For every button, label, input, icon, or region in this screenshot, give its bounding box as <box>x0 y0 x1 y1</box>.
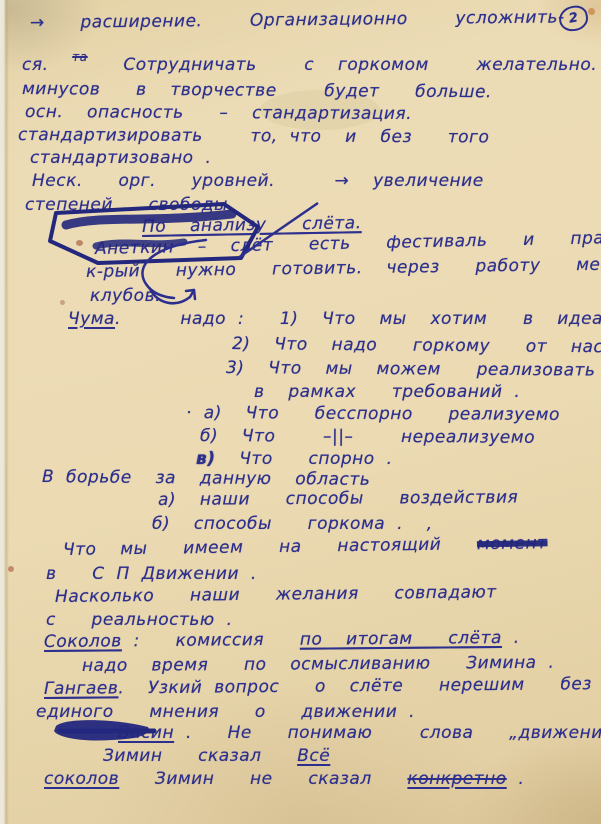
handwritten-line: · а) Что бесспорно реализуемо <box>186 402 560 426</box>
handwritten-line: в рамках требований . <box>254 381 520 403</box>
handwritten-line: клубов. <box>90 285 161 307</box>
handwritten-text: . надо : 1) Что мы хотим в идеале <box>115 309 601 329</box>
handwritten-text: Сотрудничать с горкомом желательно. <box>88 55 598 75</box>
paper-stain <box>8 566 14 572</box>
handwritten-text: Насколько наши желания совпадают <box>55 582 497 607</box>
handwritten-text-u: Васин <box>118 723 174 743</box>
handwritten-text: с реальностью . <box>46 610 233 630</box>
handwritten-text: стандартизовано . <box>30 148 211 168</box>
handwritten-text-u: Соколов <box>44 631 122 652</box>
handwritten-line: соколов Зимин не сказал конкретно . <box>44 768 524 790</box>
handwritten-line: б) способы горкома . , <box>152 513 433 535</box>
handwritten-text: · а) Что бесспорно реализуемо <box>186 403 560 425</box>
handwritten-text: Зимин не сказал <box>119 769 407 789</box>
handwritten-line: единого мнения о движении . <box>36 701 415 723</box>
handwritten-text: В борьбе за данную область <box>42 467 370 490</box>
handwritten-text: б) способы горкома . , <box>152 514 433 534</box>
handwritten-text-b: в) <box>196 449 216 469</box>
handwritten-text-u: соколов <box>44 769 119 789</box>
handwritten-text: Неск. орг. уровней. → увеличение <box>32 171 484 191</box>
handwritten-text-u: Всё <box>297 746 330 766</box>
handwritten-line: Насколько наши желания совпадают <box>55 581 497 608</box>
handwritten-line: стандартизовано . <box>30 147 211 169</box>
handwritten-text: осн. опасность – стандартизация. <box>25 102 412 124</box>
handwritten-text: минусов в творчестве будет больше. <box>22 79 492 102</box>
handwritten-line: → расширение. Организационно усложнить- <box>30 6 565 34</box>
handwritten-line: Васин . Не понимаю слова „движение“ ? <box>118 722 601 744</box>
handwritten-text: клубов. <box>90 286 161 306</box>
scanned-manuscript-page: 2 → расширение. Организационно усложнить… <box>0 0 601 824</box>
handwritten-line: Чума. надо : 1) Что мы хотим в идеале <box>68 308 601 330</box>
handwritten-text: надо время по осмысливанию Зимина . <box>82 653 555 676</box>
handwritten-line: Что мы имеем на настоящий момент <box>63 532 548 561</box>
handwritten-text: . <box>507 769 525 789</box>
handwritten-text: ся. <box>22 55 72 75</box>
handwritten-line: осн. опасность – стандартизация. <box>25 101 412 125</box>
handwritten-text: в С П Движении . <box>46 564 257 584</box>
paper-stain <box>588 8 595 15</box>
handwritten-line: в С П Движении . <box>46 563 257 585</box>
page-number: 2 <box>568 10 580 26</box>
handwritten-line: б) Что –||– нереализуемо <box>200 425 535 449</box>
paper-stain <box>76 240 83 246</box>
handwritten-line: Соколов : комиссия по итогам слёта . <box>44 627 520 653</box>
handwritten-text-u: Гангаев <box>44 678 119 699</box>
handwritten-text: 2) Что надо горкому от нас <box>232 334 601 357</box>
handwritten-text: Что спорно . <box>216 449 393 469</box>
handwritten-text: степеней свободы. <box>25 195 234 215</box>
handwritten-text: единого мнения о движении . <box>36 702 415 722</box>
handwritten-text-u: Чума <box>68 309 115 329</box>
handwritten-text: Что мы имеем на настоящий <box>63 534 477 560</box>
arrow-flick-icon <box>186 290 195 299</box>
handwritten-line: с реальностью . <box>46 609 233 631</box>
handwritten-text: Зимин сказал <box>103 746 297 766</box>
handwritten-text: . <box>502 628 520 648</box>
handwritten-line: Неск. орг. уровней. → увеличение <box>32 170 484 192</box>
handwritten-text-scrib: момент <box>477 533 548 554</box>
handwritten-text: б) Что –||– нереализуемо <box>200 426 535 448</box>
handwritten-line: Гангаев. Узкий вопрос о слёте нерешим бе… <box>44 673 592 700</box>
handwritten-line: а) наши способы воздействия <box>158 486 518 511</box>
handwritten-line: степеней свободы. <box>25 194 234 216</box>
handwritten-text: . Узкий вопрос о слёте нерешим без <box>118 674 592 698</box>
handwritten-text: . Не понимаю слова „движение“ ? <box>174 723 601 743</box>
handwritten-line: стандартизировать то, что и без того <box>18 124 490 148</box>
handwritten-text: : комиссия <box>122 630 300 652</box>
handwritten-line: минусов в творчестве будет больше. <box>22 78 492 103</box>
handwritten-line: Зимин сказал Всё <box>103 745 330 767</box>
handwritten-text: → расширение. Организационно усложнить- <box>30 7 565 33</box>
paper-stain <box>60 300 65 305</box>
handwritten-text: стандартизировать то, что и без того <box>18 125 490 147</box>
handwritten-text: 3) Что мы можем реализовать <box>226 358 596 381</box>
handwritten-text-su: конкретно <box>407 769 506 789</box>
handwritten-line: 2) Что надо горкому от нас <box>232 333 601 358</box>
handwritten-line: 3) Что мы можем реализовать <box>226 357 596 382</box>
handwritten-text: в рамках требований . <box>254 382 520 402</box>
handwritten-text: а) наши способы воздействия <box>158 487 518 510</box>
handwritten-text-u: по итогам слёта <box>300 628 502 650</box>
handwritten-text-sup: та <box>72 50 87 64</box>
handwritten-line: ся. та Сотрудничать с горкомом желательн… <box>22 46 597 76</box>
